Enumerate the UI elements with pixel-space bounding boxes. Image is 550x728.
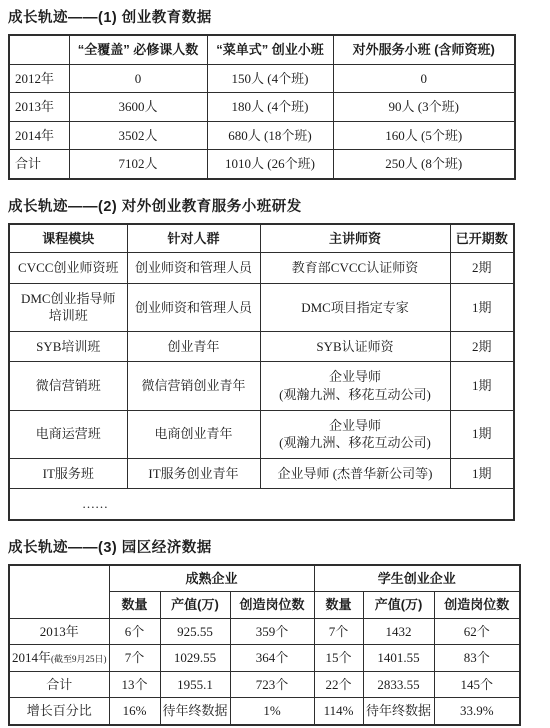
table-cell: 7个 [109, 645, 160, 672]
table-cell: 1期 [450, 410, 514, 458]
table-cell: 1期 [450, 458, 514, 489]
table-body: 2013年6个925.55359个7个143262个2014年(截至9月25日)… [9, 618, 520, 725]
section3-title: 成长轨迹——(3) 园区经济数据 [8, 536, 540, 557]
table-cell: 合计 [9, 150, 69, 179]
table-cell: 创业师资和管理人员 [127, 283, 260, 331]
section2-title: 成长轨迹——(2) 对外创业教育服务小班研发 [8, 195, 540, 216]
table-cell: 7个 [314, 618, 363, 645]
table-row: SYB培训班创业青年SYB认证师资2期 [9, 331, 514, 362]
table-cell: 13个 [109, 671, 160, 698]
table-cell: IT服务创业青年 [127, 458, 260, 489]
section-education-data: 成长轨迹——(1) 创业教育数据 “全覆盖” 必修课人数“菜单式” 创业小班对外… [8, 6, 540, 180]
table-row: 2012年0150人 (4个班)0 [9, 64, 515, 93]
table-cell: 2期 [450, 331, 514, 362]
table-row: 合计13个1955.1723个22个2833.55145个 [9, 671, 520, 698]
table-cell: 2013年 [9, 93, 69, 122]
table-head: “全覆盖” 必修课人数“菜单式” 创业小班对外服务小班 (含师资班) [9, 35, 515, 64]
blank-corner-cell [9, 565, 109, 619]
table-cell: 1955.1 [160, 671, 230, 698]
table-cell: 增长百分比 [9, 698, 109, 725]
table-cell: SYB认证师资 [260, 331, 450, 362]
table-body: 2012年0150人 (4个班)02013年3600人180人 (4个班)90人… [9, 64, 515, 179]
column-header: 产值(万) [363, 592, 434, 619]
column-header [9, 35, 69, 64]
table-cell: 3502人 [69, 121, 207, 150]
table-cell: 250人 (8个班) [333, 150, 515, 179]
table-cell: 2014年 [9, 121, 69, 150]
table-cell: 企业导师 (观瀚九洲、移花互动公司) [260, 362, 450, 410]
table-cell: 7102人 [69, 150, 207, 179]
table-cell: 359个 [230, 618, 314, 645]
table-row: 2014年(截至9月25日)7个1029.55364个15个1401.5583个 [9, 645, 520, 672]
table-cell: 1401.55 [363, 645, 434, 672]
column-header: 学生创业企业 [314, 565, 520, 592]
table-cell: 83个 [434, 645, 520, 672]
table-cell: 2013年 [9, 618, 109, 645]
table-cell: SYB培训班 [9, 331, 127, 362]
table-cell: 微信营销创业青年 [127, 362, 260, 410]
table-cell: 1% [230, 698, 314, 725]
section1-title: 成长轨迹——(1) 创业教育数据 [8, 6, 540, 27]
table-cell: 电商运营班 [9, 410, 127, 458]
column-header: 产值(万) [160, 592, 230, 619]
table-cell: …… [9, 489, 514, 520]
table-cell: 150人 (4个班) [207, 64, 333, 93]
table-row: IT服务班IT服务创业青年企业导师 (杰普华新公司等)1期 [9, 458, 514, 489]
table-cell: DMC创业指导师 培训班 [9, 283, 127, 331]
table-cell: 1期 [450, 362, 514, 410]
table-cell: 1432 [363, 618, 434, 645]
column-header: 课程模块 [9, 224, 127, 253]
table-cell: 2期 [450, 253, 514, 284]
column-header: 对外服务小班 (含师资班) [333, 35, 515, 64]
section-park-economy: 成长轨迹——(3) 园区经济数据 成熟企业 学生创业企业 数量产值(万)创造岗位… [8, 536, 540, 726]
table-cell: 723个 [230, 671, 314, 698]
table-row: 微信营销班微信营销创业青年企业导师 (观瀚九洲、移花互动公司)1期 [9, 362, 514, 410]
table-cell: 1期 [450, 283, 514, 331]
column-header: 创造岗位数 [230, 592, 314, 619]
table-row: 2014年3502人680人 (18个班)160人 (5个班) [9, 121, 515, 150]
column-header: 数量 [109, 592, 160, 619]
table-cell: 合计 [9, 671, 109, 698]
table-cell: 2833.55 [363, 671, 434, 698]
ellipsis-row: …… [9, 489, 514, 520]
table-header-row: “全覆盖” 必修课人数“菜单式” 创业小班对外服务小班 (含师资班) [9, 35, 515, 64]
table-cell: 1010人 (26个班) [207, 150, 333, 179]
table-head: 课程模块针对人群主讲师资已开期数 [9, 224, 514, 253]
table-cell: 16% [109, 698, 160, 725]
column-header: “菜单式” 创业小班 [207, 35, 333, 64]
education-data-table: “全覆盖” 必修课人数“菜单式” 创业小班对外服务小班 (含师资班) 2012年… [8, 34, 516, 180]
table-cell: 电商创业青年 [127, 410, 260, 458]
table-cell: 0 [69, 64, 207, 93]
table-cell: 15个 [314, 645, 363, 672]
section-course-modules: 成长轨迹——(2) 对外创业教育服务小班研发 课程模块针对人群主讲师资已开期数 … [8, 195, 540, 521]
table-head: 成熟企业 学生创业企业 数量产值(万)创造岗位数数量产值(万)创造岗位数 [9, 565, 520, 619]
table-cell: 180人 (4个班) [207, 93, 333, 122]
course-modules-table: 课程模块针对人群主讲师资已开期数 CVCC创业师资班创业师资和管理人员教育部CV… [8, 223, 515, 521]
column-header: 主讲师资 [260, 224, 450, 253]
table-row: DMC创业指导师 培训班创业师资和管理人员DMC项目指定专家1期 [9, 283, 514, 331]
table-cell: 925.55 [160, 618, 230, 645]
table-row: 电商运营班电商创业青年企业导师 (观瀚九洲、移花互动公司)1期 [9, 410, 514, 458]
table-cell: 680人 (18个班) [207, 121, 333, 150]
park-economy-table: 成熟企业 学生创业企业 数量产值(万)创造岗位数数量产值(万)创造岗位数 201… [8, 564, 521, 726]
column-header: 针对人群 [127, 224, 260, 253]
table-cell: 6个 [109, 618, 160, 645]
table-cell: 3600人 [69, 93, 207, 122]
table-cell: 企业导师 (观瀚九洲、移花互动公司) [260, 410, 450, 458]
table-cell: IT服务班 [9, 458, 127, 489]
table-cell: CVCC创业师资班 [9, 253, 127, 284]
table-cell: 微信营销班 [9, 362, 127, 410]
table-cell: 待年终数据 [160, 698, 230, 725]
table-cell: 114% [314, 698, 363, 725]
cell-small-text: (截至9月25日) [51, 654, 107, 664]
table-cell: 创业青年 [127, 331, 260, 362]
table-cell: 22个 [314, 671, 363, 698]
table-row: 合计7102人1010人 (26个班)250人 (8个班) [9, 150, 515, 179]
table-row: 2013年3600人180人 (4个班)90人 (3个班) [9, 93, 515, 122]
cell-main-text: 2014年 [12, 650, 51, 665]
table-cell: 62个 [434, 618, 520, 645]
group-header-row: 成熟企业 学生创业企业 [9, 565, 520, 592]
table-cell: DMC项目指定专家 [260, 283, 450, 331]
table-row: 增长百分比16%待年终数据1%114%待年终数据33.9% [9, 698, 520, 725]
column-header: 数量 [314, 592, 363, 619]
document-page: 成长轨迹——(1) 创业教育数据 “全覆盖” 必修课人数“菜单式” 创业小班对外… [0, 0, 550, 726]
table-cell: 2012年 [9, 64, 69, 93]
table-footer: …… [9, 489, 514, 520]
table-body: CVCC创业师资班创业师资和管理人员教育部CVCC认证师资2期DMC创业指导师 … [9, 253, 514, 489]
table-cell: 90人 (3个班) [333, 93, 515, 122]
table-cell: 0 [333, 64, 515, 93]
table-cell: 1029.55 [160, 645, 230, 672]
column-header: “全覆盖” 必修课人数 [69, 35, 207, 64]
table-cell: 创业师资和管理人员 [127, 253, 260, 284]
table-cell: 待年终数据 [363, 698, 434, 725]
column-header: 成熟企业 [109, 565, 314, 592]
column-header: 已开期数 [450, 224, 514, 253]
table-cell: 企业导师 (杰普华新公司等) [260, 458, 450, 489]
table-cell: 145个 [434, 671, 520, 698]
table-row: 2013年6个925.55359个7个143262个 [9, 618, 520, 645]
table-cell: 364个 [230, 645, 314, 672]
table-row: CVCC创业师资班创业师资和管理人员教育部CVCC认证师资2期 [9, 253, 514, 284]
table-header-row: 课程模块针对人群主讲师资已开期数 [9, 224, 514, 253]
table-cell: 33.9% [434, 698, 520, 725]
table-cell: 160人 (5个班) [333, 121, 515, 150]
table-cell: 2014年(截至9月25日) [9, 645, 109, 672]
table-cell: 教育部CVCC认证师资 [260, 253, 450, 284]
column-header: 创造岗位数 [434, 592, 520, 619]
